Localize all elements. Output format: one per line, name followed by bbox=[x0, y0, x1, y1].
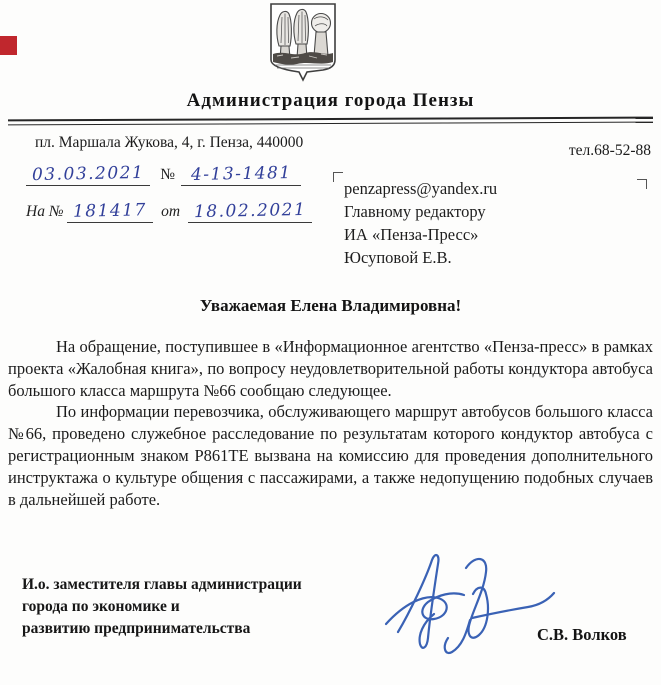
outgoing-number-field: 4-13-1481 bbox=[181, 164, 301, 186]
signer-position-line: И.о. заместителя главы администрации bbox=[22, 574, 362, 596]
scanned-letter-page: Администрация города Пензы пл. Маршала Ж… bbox=[0, 0, 661, 685]
penza-coat-of-arms-icon bbox=[263, 2, 343, 84]
red-scan-mark bbox=[0, 36, 17, 55]
incoming-date-handwriting: 18.02.2021 bbox=[194, 200, 307, 222]
signer-name: С.В. Волков bbox=[537, 625, 627, 645]
outgoing-date-field: 03.03.2021 bbox=[26, 164, 150, 186]
recipient-block: penzapress@yandex.ru Главному редактору … bbox=[344, 177, 624, 269]
recipient-line: Главному редактору bbox=[344, 200, 624, 223]
recipient-line: ИА «Пенза-Пресс» bbox=[344, 223, 624, 246]
org-phone: тел.68-52-88 bbox=[569, 142, 651, 160]
address-corner-mark-right bbox=[637, 179, 647, 189]
reference-block: 03.03.2021 № 4-13-1481 На № 181417 от 18… bbox=[26, 164, 326, 238]
org-title: Администрация города Пензы bbox=[0, 90, 661, 112]
from-label: от bbox=[161, 203, 180, 220]
org-address: пл. Маршала Жукова, 4, г. Пенза, 440000 bbox=[35, 134, 303, 152]
handwritten-signature bbox=[380, 550, 560, 660]
outgoing-number-handwriting: 4-13-1481 bbox=[190, 163, 291, 185]
incoming-label: На № bbox=[26, 203, 63, 220]
incoming-number-handwriting: 181417 bbox=[73, 200, 147, 222]
incoming-number-field: 181417 bbox=[67, 201, 153, 223]
signer-position: И.о. заместителя главы администрации гор… bbox=[22, 574, 362, 640]
signer-position-line: города по экономике и bbox=[22, 596, 362, 618]
recipient-line: Юсуповой Е.В. bbox=[344, 246, 624, 269]
address-corner-mark-left bbox=[333, 172, 343, 182]
number-label: № bbox=[160, 166, 175, 183]
body-paragraph: На обращение, поступившее в «Информацион… bbox=[8, 336, 653, 401]
header-divider bbox=[8, 117, 653, 126]
incoming-ref-row: На № 181417 от 18.02.2021 bbox=[26, 201, 326, 238]
recipient-email: penzapress@yandex.ru bbox=[344, 177, 624, 200]
outgoing-ref-row: 03.03.2021 № 4-13-1481 bbox=[26, 164, 326, 201]
outgoing-date-handwriting: 03.03.2021 bbox=[32, 163, 145, 185]
body-paragraph: По информации перевозчика, обслуживающег… bbox=[8, 401, 653, 510]
signer-position-line: развитию предпринимательства bbox=[22, 618, 362, 640]
letter-body: На обращение, поступившее в «Информацион… bbox=[8, 336, 653, 510]
incoming-date-field: 18.02.2021 bbox=[188, 201, 312, 223]
salutation: Уважаемая Елена Владимировна! bbox=[0, 296, 661, 316]
